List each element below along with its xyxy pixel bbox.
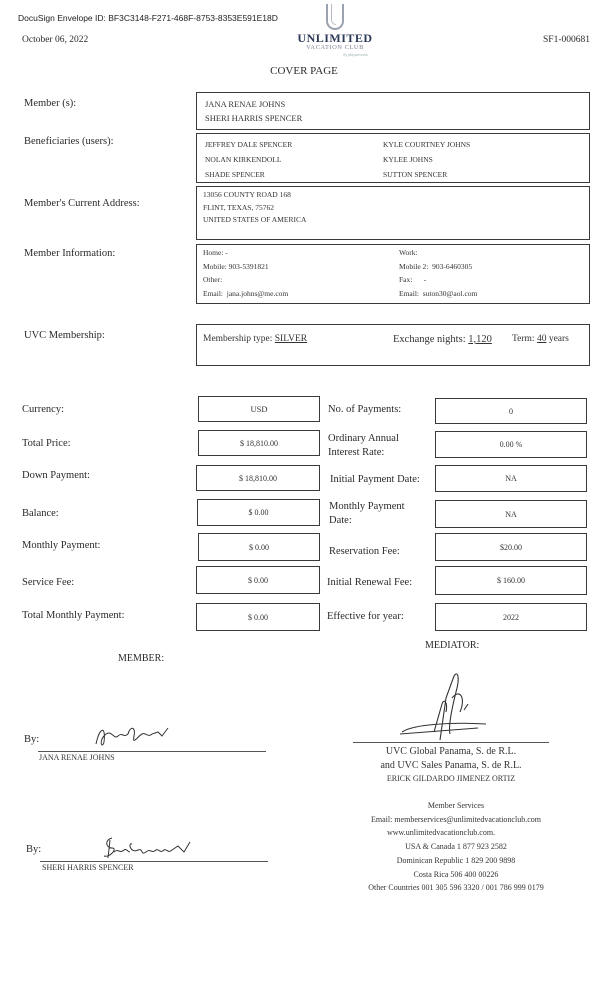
monthly-payment-date-label-line2: Date: [329,514,405,528]
phone-dominican-republic: Dominican Republic 1 829 200 9898 [340,854,572,868]
mobile2-value: 903-6460305 [432,262,472,271]
currency-label: Currency: [22,404,64,415]
down-payment-value: $ 18,810.00 [196,465,320,491]
monthly-payment-date-label: Monthly Payment Date: [329,500,405,528]
mobile-label: Mobile: [203,262,227,271]
member2-signature-line [40,861,268,862]
down-payment-label: Down Payment: [22,470,90,481]
reservation-fee-label: Reservation Fee: [329,546,400,557]
member-info-box: Home: - Mobile: 903-5391821 Other: Email… [196,244,590,304]
fax-value: - [424,275,427,284]
fax-label: Fax: [399,275,412,284]
membership-type-label: Membership type: [203,334,272,344]
members-box: JANA RENAE JOHNS SHERI HARRIS SPENCER [196,92,590,130]
mobile2-label: Mobile 2: [399,262,428,271]
logo-subtitle: VACATION CLUB [290,44,380,52]
address-line: 13056 COUNTY ROAD 168 [203,189,583,202]
member-services-website[interactable]: www.unlimitedvacationclub.com. [340,826,572,840]
document-reference: SF1-000681 [543,35,590,45]
total-price-value: $ 18,810.00 [198,430,320,456]
work-phone-row: Work: [399,246,477,260]
service-fee-label: Service Fee: [22,577,74,588]
effective-year-label: Effective for year: [327,611,404,622]
num-payments-label: No. of Payments: [328,404,401,415]
member2-signature [100,834,196,862]
email2-value: suton30@aol.com [423,289,478,298]
beneficiary-name: KYLEE JOHNS [383,152,470,167]
balance-value: $ 0.00 [197,499,320,526]
mediator-signature-line [353,742,549,743]
monthly-payment-value: $ 0.00 [198,533,320,561]
mobile2-phone-row: Mobile 2: 903-6460305 [399,260,477,274]
beneficiary-name: JEFFREY DALE SPENCER [205,137,383,152]
member-name: SHERI HARRIS SPENCER [205,111,581,125]
interest-rate-label-line2: Interest Rate: [328,446,399,460]
term-label: Term: [512,334,535,344]
docusign-envelope-id: DocuSign Envelope ID: BF3C3148-F271-468F… [18,13,278,23]
address-line: FLINT, TEXAS, 75762 [203,202,583,215]
effective-year-value: 2022 [435,603,587,631]
mobile-phone-row: Mobile: 903-5391821 [203,260,399,274]
email2-row: Email: suton30@aol.com [399,287,477,301]
by-label-member2: By: [26,844,41,855]
service-fee-value: $ 0.00 [196,566,320,594]
term-unit: years [549,334,569,344]
total-price-label: Total Price: [22,438,71,449]
member-name: JANA RENAE JOHNS [205,97,581,111]
beneficiaries-label: Beneficiaries (users): [24,136,114,147]
member2-printed-name: SHERI HARRIS SPENCER [42,863,134,872]
phone-usa-canada: USA & Canada 1 877 923 2582 [340,840,572,854]
reservation-fee-value: $20.00 [435,533,587,561]
logo-byline: by playaresorts [290,52,380,57]
phone-costa-rica: Costa Rica 506 400 00226 [340,868,572,882]
member-services-heading: Member Services [340,799,572,813]
email-value: jana.johns@me.com [227,289,288,298]
member1-printed-name: JANA RENAE JOHNS [39,753,115,762]
mediator-name: ERICK GILDARDO JIMENEZ ORTIZ [353,773,549,785]
mediator-company-2: and UVC Sales Panama, S. de R.L. [353,759,549,773]
num-payments-value: 0 [435,398,587,424]
interest-rate-label: Ordinary Annual Interest Rate: [328,432,399,460]
email-row: Email: jana.johns@me.com [203,287,399,301]
monthly-payment-label: Monthly Payment: [22,540,100,551]
membership-type-value: SILVER [275,334,307,344]
currency-value: USD [198,396,320,422]
beneficiary-name: KYLE COURTNEY JOHNS [383,137,470,152]
mediator-block: UVC Global Panama, S. de R.L. and UVC Sa… [353,745,549,785]
member1-signature-line [38,751,266,752]
member1-signature [92,722,172,752]
beneficiary-name: SHADE SPENCER [205,167,383,182]
initial-payment-date-label: Initial Payment Date: [330,474,420,485]
balance-label: Balance: [22,508,59,519]
beneficiary-name: SUTTON SPENCER [383,167,470,182]
by-label-member1: By: [24,734,39,745]
phone-other-countries: Other Countries 001 305 596 3320 / 001 7… [328,881,584,895]
term-value: 40 [537,334,547,344]
term-row: Term: 40 years [512,334,569,344]
home-label: Home: [203,248,223,257]
exchange-nights-row: Exchange nights: 1,120 [393,334,492,345]
beneficiaries-box: JEFFREY DALE SPENCER NOLAN KIRKENDOLL SH… [196,133,590,183]
membership-type-row: Membership type: SILVER [203,334,307,344]
page-title: COVER PAGE [0,65,608,77]
beneficiary-name: NOLAN KIRKENDOLL [205,152,383,167]
mobile-value: 903-5391821 [229,262,269,271]
total-monthly-payment-label: Total Monthly Payment: [22,610,125,621]
email2-label: Email: [399,289,419,298]
total-monthly-payment-value: $ 0.00 [196,603,320,631]
fax-row: Fax: - [399,273,477,287]
logo-arch-icon [326,4,344,30]
exchange-nights-label: Exchange nights: [393,334,466,345]
mediator-company-1: UVC Global Panama, S. de R.L. [353,745,549,759]
member-services-email[interactable]: Email: memberservices@unlimitedvacationc… [340,813,572,827]
logo-brand: UNLIMITED [290,32,380,44]
interest-rate-value: 0.00 % [435,431,587,458]
home-phone-row: Home: - [203,246,399,260]
monthly-payment-date-value: NA [435,500,587,528]
email-label: Email: [203,289,223,298]
document-date: October 06, 2022 [22,35,88,45]
members-label: Member (s): [24,98,76,109]
member-heading: MEMBER: [118,653,164,664]
monthly-payment-date-label-line1: Monthly Payment [329,500,405,514]
mediator-heading: MEDIATOR: [425,640,479,651]
initial-payment-date-value: NA [435,465,587,492]
member-services-block: Member Services Email: memberservices@un… [340,799,572,895]
address-line: UNITED STATES OF AMERICA [203,214,583,227]
mediator-signature [394,668,504,744]
initial-renewal-fee-value: $ 160.00 [435,566,587,595]
uvc-logo: UNLIMITED VACATION CLUB by playaresorts [290,4,380,57]
interest-rate-label-line1: Ordinary Annual [328,432,399,446]
address-box: 13056 COUNTY ROAD 168 FLINT, TEXAS, 7576… [196,186,590,240]
member-info-label: Member Information: [24,248,115,259]
home-value: - [225,248,228,257]
address-label: Member's Current Address: [24,198,140,209]
other-phone-row: Other: [203,273,399,287]
work-label: Work: [399,248,418,257]
membership-box: Membership type: SILVER Exchange nights:… [196,324,590,366]
membership-label: UVC Membership: [24,330,105,341]
initial-renewal-fee-label: Initial Renewal Fee: [327,577,412,588]
other-label: Other: [203,275,222,284]
exchange-nights-value: 1,120 [468,334,492,345]
